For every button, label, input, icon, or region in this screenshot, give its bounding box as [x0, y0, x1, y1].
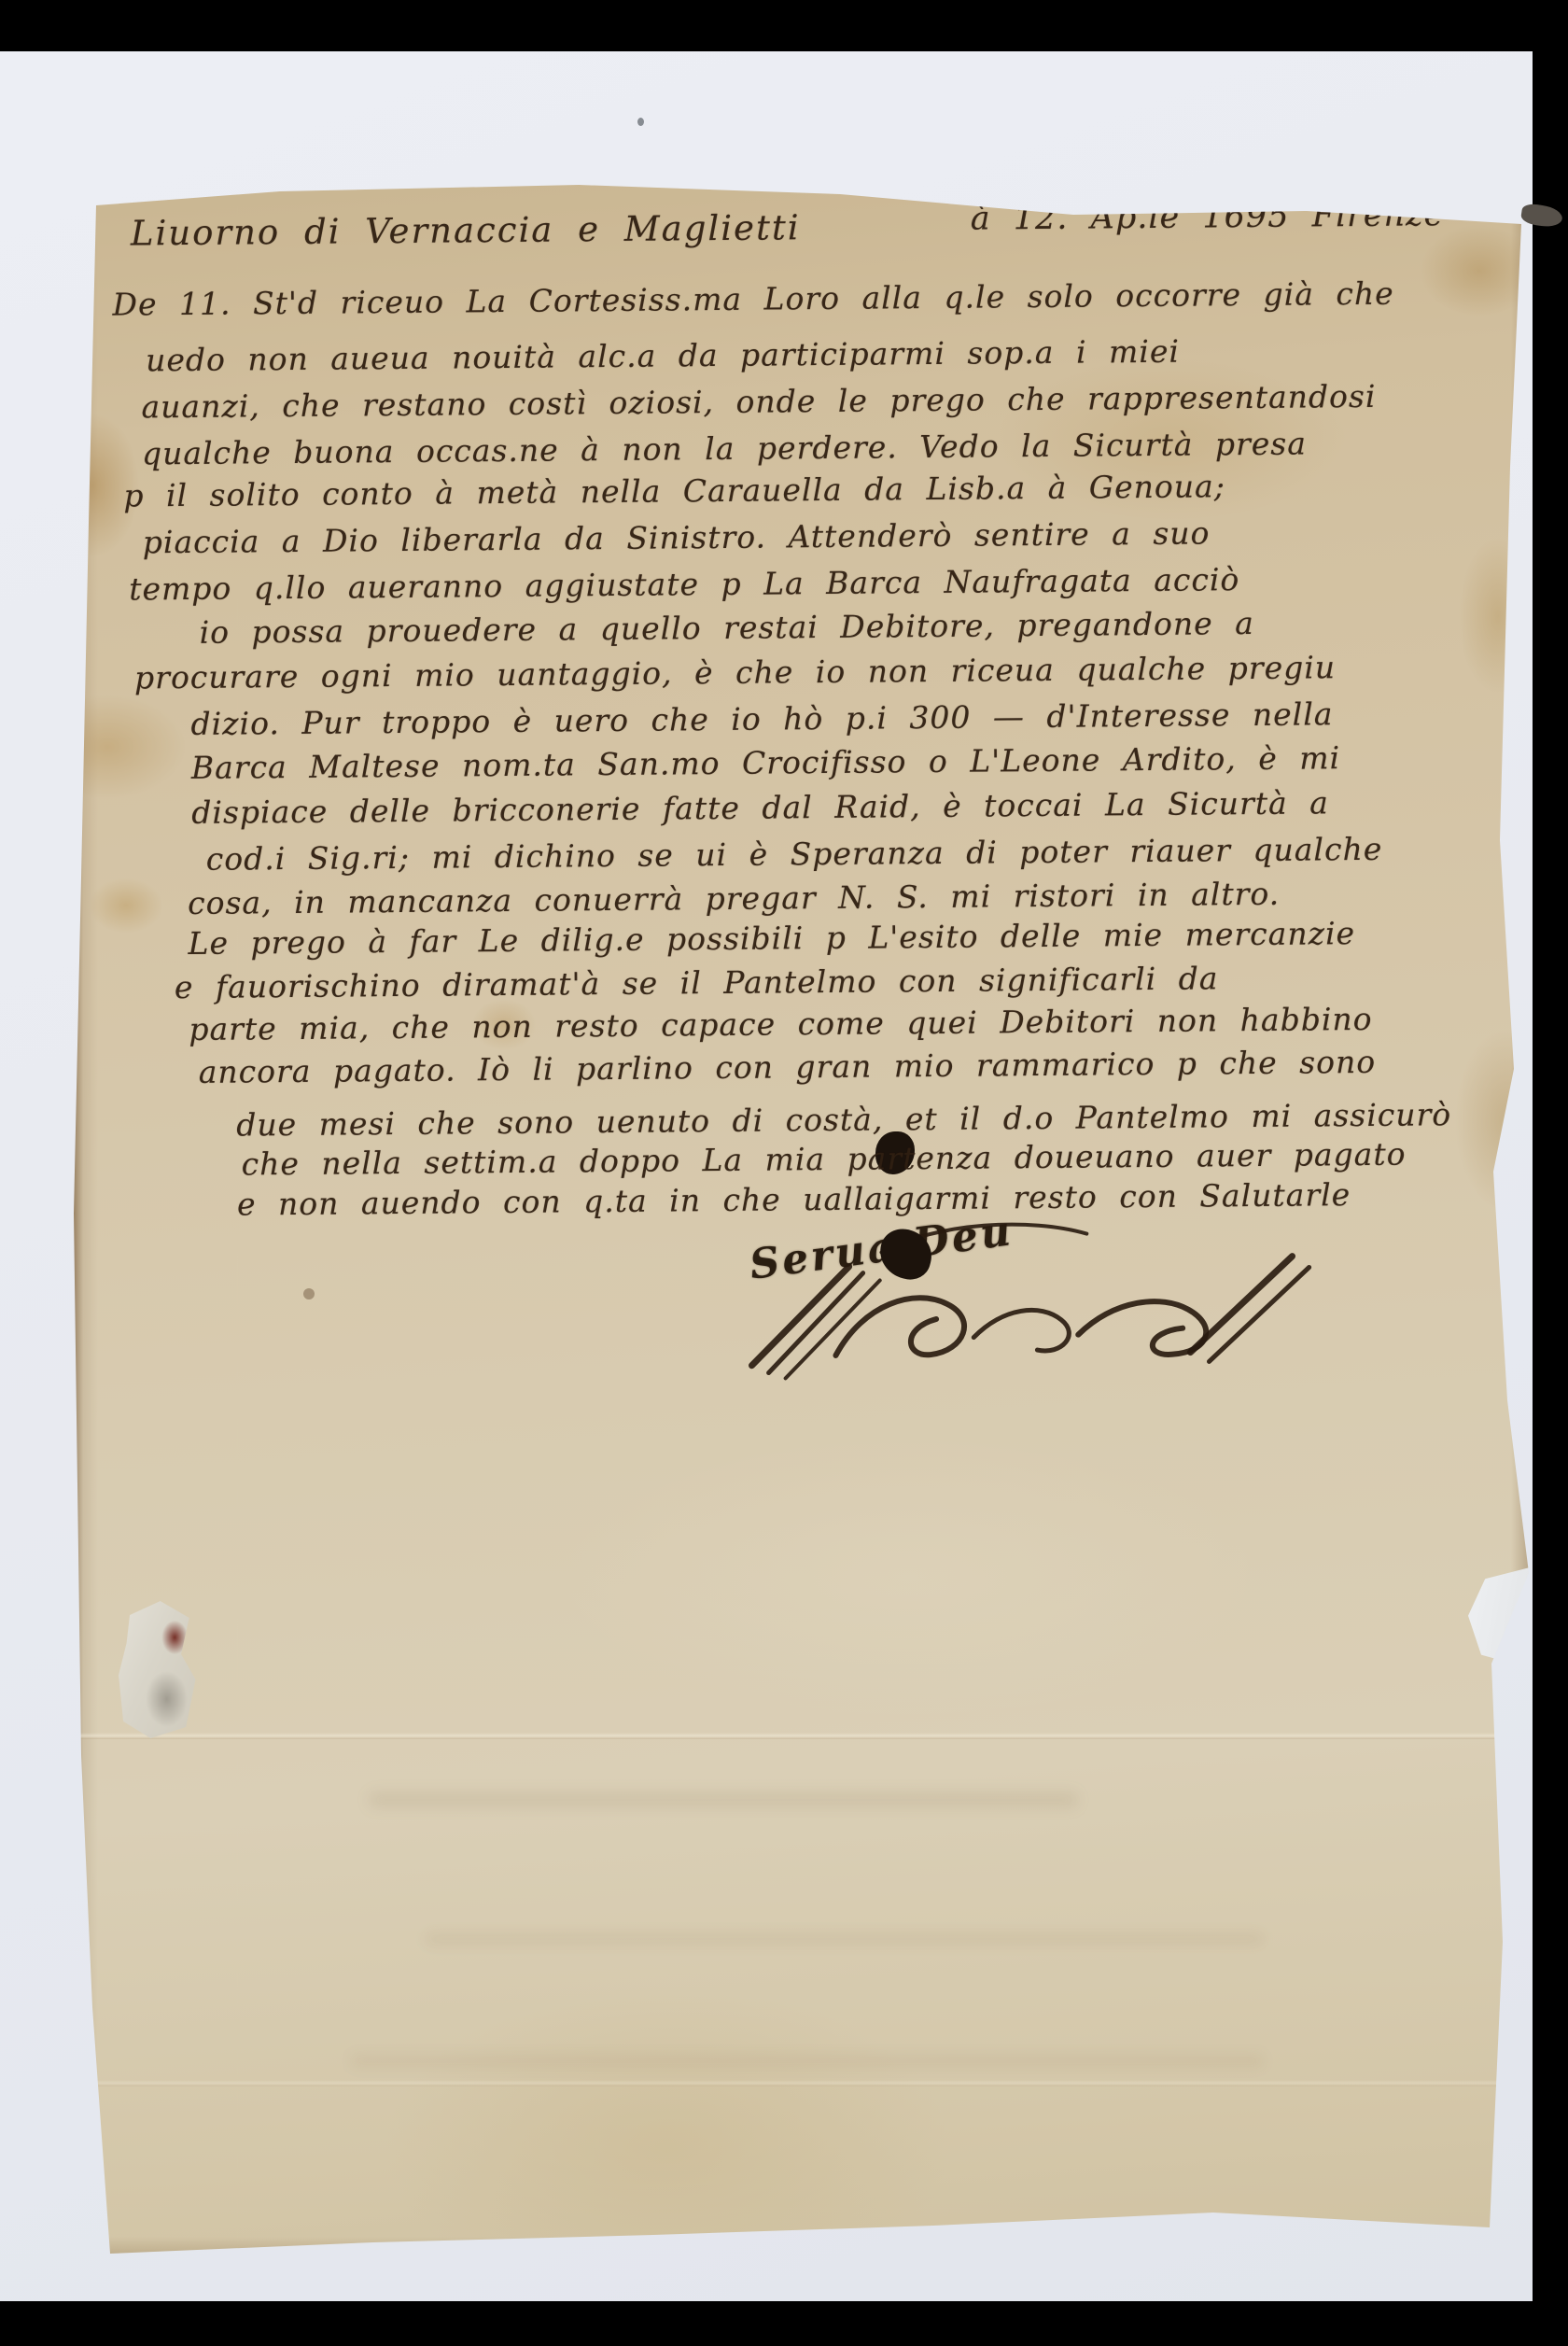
dust-speck: [637, 118, 644, 126]
manuscript-line: cosa, in mancanza conuerrà pregar N. S. …: [188, 876, 1280, 921]
manuscript-line: uedo non aueua nouità alc.a da participa…: [146, 333, 1180, 379]
manuscript-line: tempo q.llo aueranno aggiustate p La Bar…: [129, 561, 1239, 607]
manuscript-line: dizio. Pur troppo è uero che io hò p.i 3…: [190, 695, 1333, 742]
manuscript-paper: Liuorno di Vernaccia e Maglietti à 12. A…: [70, 131, 1532, 2259]
letter-text: Liuorno di Vernaccia e Maglietti à 12. A…: [69, 119, 1549, 2260]
manuscript-line: e fauorischino diramat'à se il Pantelmo …: [175, 960, 1219, 1005]
signature-flourish: [722, 1211, 1322, 1394]
manuscript-line: qualche buona occas.ne à non la perdere.…: [142, 425, 1307, 471]
manuscript-line: procurare ogni mio uantaggio, è che io n…: [134, 649, 1336, 695]
manuscript-line: Le prego à far Le dilig.e possibili p L'…: [188, 915, 1355, 962]
photo-of-letter: Liuorno di Vernaccia e Maglietti à 12. A…: [0, 0, 1568, 2346]
manuscript-line: De 11. St'd riceuo La Cortesiss.ma Loro …: [112, 275, 1393, 323]
manuscript-line: cod.i Sig.ri; mi dichino se ui è Speranz…: [206, 831, 1383, 878]
manuscript-line: ancora pagato. Iò li parlino con gran mi…: [199, 1044, 1377, 1090]
manuscript-line: parte mia, che non resto capace come que…: [189, 1001, 1373, 1047]
manuscript-line: dispiace delle bricconerie fatte dal Rai…: [191, 784, 1329, 831]
manuscript-line: p il solito conto à metà nella Carauella…: [123, 468, 1225, 513]
manuscript-line: piaccia a Dio liberarla da Sinistro. Att…: [143, 514, 1211, 560]
manuscript-line: Barca Maltese nom.ta San.mo Crocifisso o…: [191, 739, 1341, 786]
letter-heading: Liuorno di Vernaccia e Maglietti: [131, 207, 801, 253]
manuscript-line: auanzi, che restano costì oziosi, onde l…: [141, 378, 1376, 426]
manuscript-line: io possa prouedere a quello restai Debit…: [199, 605, 1254, 651]
manuscript-line: che nella settim.a doppo La mia partenza…: [241, 1136, 1406, 1183]
